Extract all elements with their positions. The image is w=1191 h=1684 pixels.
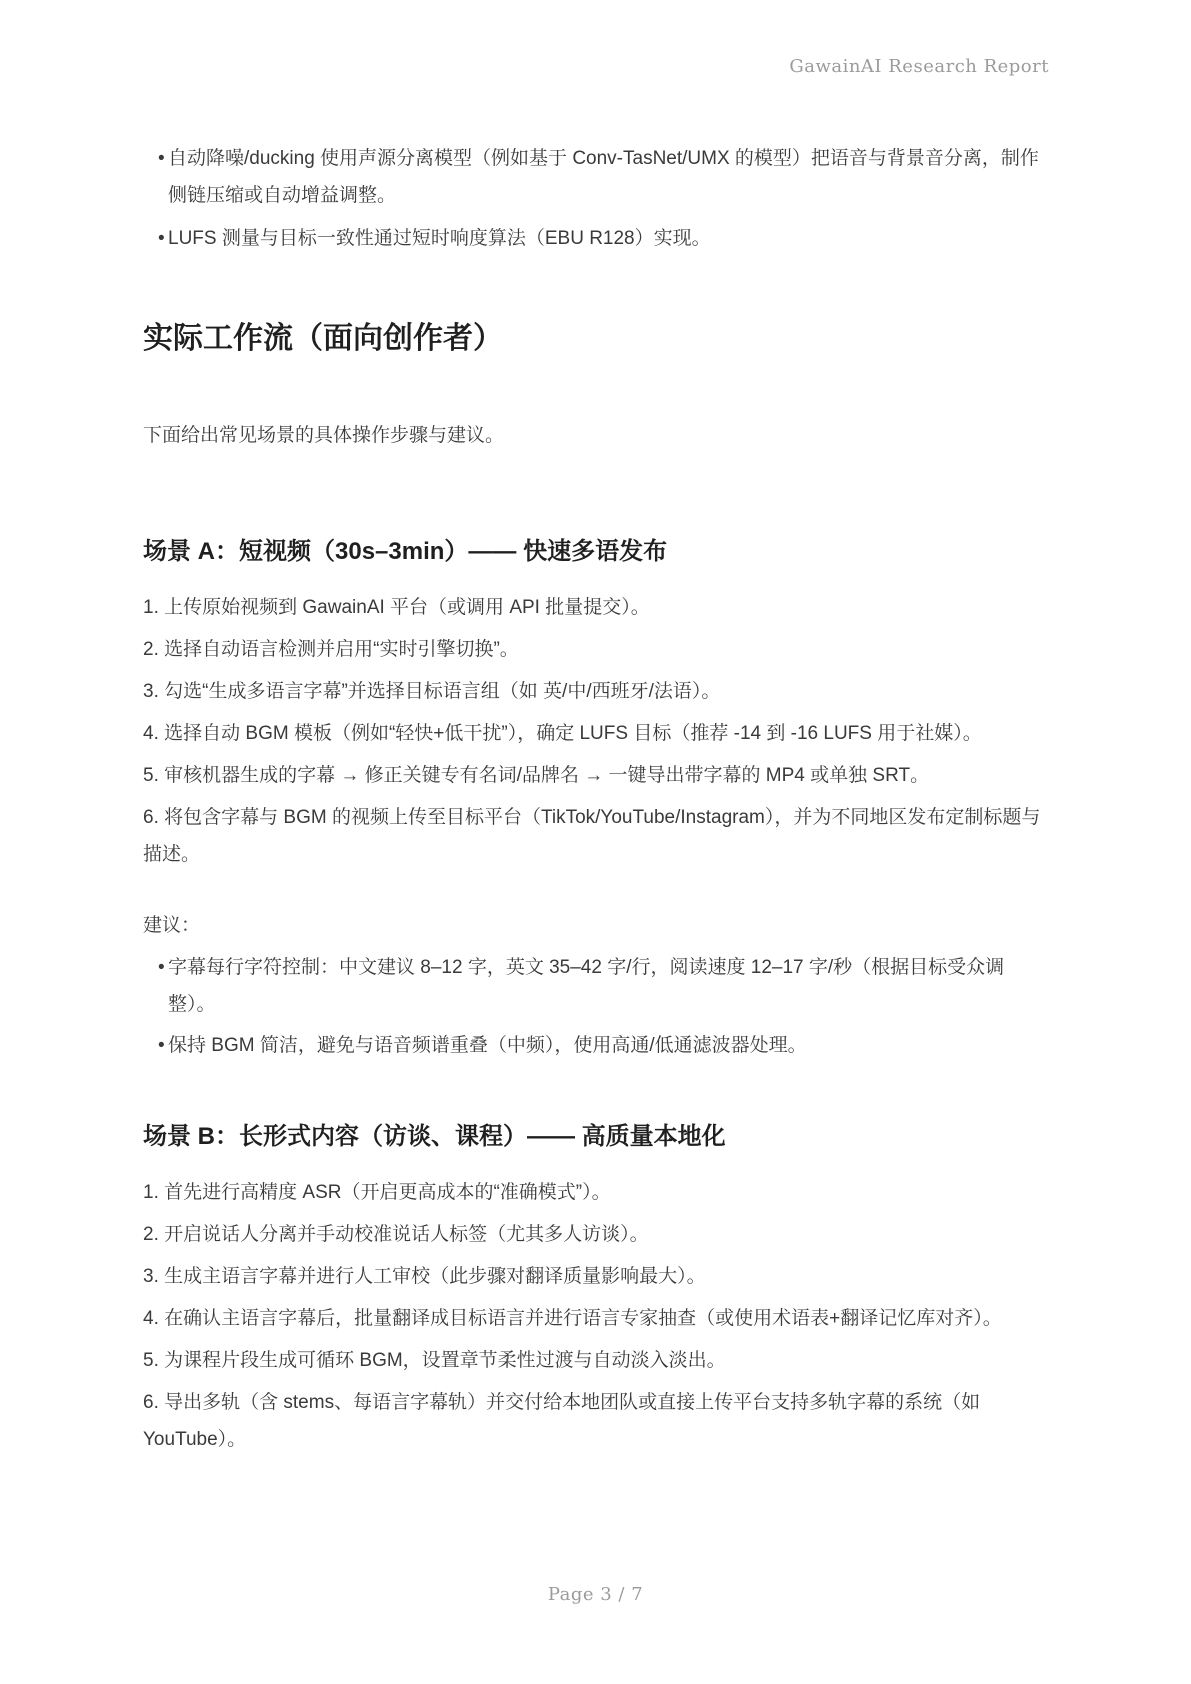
intro-bullet: 自动降噪/ducking 使用声源分离模型（例如基于 Conv-TasNet/U… <box>158 140 1048 214</box>
workflow-lead-paragraph: 下面给出常见场景的具体操作步骤与建议。 <box>143 417 1048 455</box>
page-content: 自动降噪/ducking 使用声源分离模型（例如基于 Conv-TasNet/U… <box>0 0 1191 1463</box>
section-title-workflow: 实际工作流（面向创作者） <box>143 319 1048 359</box>
scene-a-step: 4. 选择自动 BGM 模板（例如“轻快+低干扰”），确定 LUFS 目标（推荐… <box>143 715 1048 752</box>
scene-b-title: 场景 B：长形式内容（访谈、课程）—— 高质量本地化 <box>143 1120 1048 1154</box>
scene-a-step: 5. 审核机器生成的字幕 → 修正关键专有名词/品牌名 → 一键导出带字幕的 M… <box>143 757 1048 794</box>
scene-a-step: 6. 将包含字幕与 BGM 的视频上传至目标平台（TikTok/YouTube/… <box>143 799 1048 873</box>
scene-b-step: 3. 生成主语言字幕并进行人工审校（此步骤对翻译质量影响最大）。 <box>143 1258 1048 1295</box>
scene-b-step: 5. 为课程片段生成可循环 BGM，设置章节柔性过渡与自动淡入淡出。 <box>143 1342 1048 1379</box>
scene-a-title: 场景 A：短视频（30s–3min）—— 快速多语发布 <box>143 535 1048 569</box>
scene-b-step: 4. 在确认主语言字幕后，批量翻译成目标语言并进行语言专家抽查（或使用术语表+翻… <box>143 1300 1048 1337</box>
advice-bullet-list: 字幕每行字符控制：中文建议 8–12 字，英文 35–42 字/行，阅读速度 1… <box>143 949 1048 1064</box>
advice-bullet: 字幕每行字符控制：中文建议 8–12 字，英文 35–42 字/行，阅读速度 1… <box>158 949 1048 1023</box>
scene-b-step: 2. 开启说话人分离并手动校准说话人标签（尤其多人访谈）。 <box>143 1216 1048 1253</box>
scene-a-step: 2. 选择自动语言检测并启用“实时引擎切换”。 <box>143 631 1048 668</box>
page-number: Page 3 / 7 <box>0 1584 1191 1605</box>
intro-bullet: LUFS 测量与目标一致性通过短时响度算法（EBU R128）实现。 <box>158 220 1048 257</box>
scene-a-step: 3. 勾选“生成多语言字幕”并选择目标语言组（如 英/中/西班牙/法语）。 <box>143 673 1048 710</box>
advice-label: 建议： <box>143 907 1048 945</box>
advice-bullet: 保持 BGM 简洁，避免与语音频谱重叠（中频），使用高通/低通滤波器处理。 <box>158 1027 1048 1064</box>
scene-b-step: 1. 首先进行高精度 ASR（开启更高成本的“准确模式”）。 <box>143 1174 1048 1211</box>
document-page: GawainAI Research Report 自动降噪/ducking 使用… <box>0 0 1191 1684</box>
scene-b-step: 6. 导出多轨（含 stems、每语言字幕轨）并交付给本地团队或直接上传平台支持… <box>143 1384 1048 1458</box>
intro-bullet-list: 自动降噪/ducking 使用声源分离模型（例如基于 Conv-TasNet/U… <box>143 140 1048 257</box>
scene-a-step: 1. 上传原始视频到 GawainAI 平台（或调用 API 批量提交）。 <box>143 589 1048 626</box>
